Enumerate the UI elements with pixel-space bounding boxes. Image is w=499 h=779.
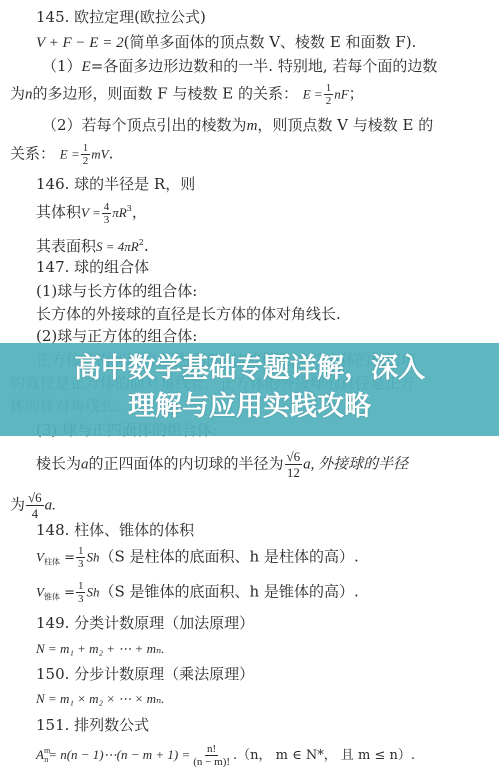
euler-formula: V + F − E = 2: [36, 35, 124, 51]
sphere-cuboid-text: 长方体的外接球的直径是长方体的体对角线长.: [36, 305, 341, 323]
prism-volume-line: V柱体 =13Sh（S 是柱体的底面积、h 是柱体的高）.: [36, 545, 359, 572]
euler-formula-note: (简单多面体的顶点数 V、棱数 E 和面数 F).: [124, 33, 417, 51]
section-146-heading: 146. 球的半径是 R，则: [36, 175, 195, 193]
tetrahedron-radius-line: 棱长为a的正四面体的内切球的半径为√612a, 外接球的半径: [36, 449, 408, 480]
fraction: 13: [76, 545, 86, 570]
banner-title-line-1: 高中数学基础专题详解，深入: [0, 350, 499, 388]
fraction: √64: [26, 490, 44, 521]
tetrahedron-radius-line-continued: 为√64a.: [10, 490, 56, 521]
euler-formula-line: V + F − E = 2(简单多面体的顶点数 V、棱数 E 和面数 F).: [36, 33, 416, 52]
euler-item-2: （2）若每个顶点引出的棱数为m，则顶点数 V 与棱数 E 的: [42, 116, 433, 135]
fraction: 12: [324, 82, 334, 107]
sphere-volume-line: 其体积V =43πR3，: [36, 200, 147, 226]
fraction: √612: [285, 449, 303, 480]
section-148-heading: 148. 柱体、锥体的体积: [36, 521, 194, 539]
permutation-formula-line: Amn= n(n − 1)⋯(n − m + 1) =n!(n − m)!.（n…: [36, 742, 415, 769]
fraction: 13: [76, 580, 86, 605]
banner-title: 高中数学基础专题详解，深入 理解与应用实践攻略: [0, 350, 499, 426]
fraction: 12: [81, 142, 91, 167]
section-149-heading: 149. 分类计数原理（加法原理）: [36, 614, 254, 632]
euler-item-1: （1）E=各面多边形边数和的一半. 特别地, 若每个面的边数: [42, 57, 437, 76]
banner-title-line-2: 理解与应用实践攻略: [0, 388, 499, 426]
addition-principle-formula: N = m₁ + m₂ + ⋯ + mₙ.: [36, 640, 164, 658]
multiplication-principle-formula: N = m₁ × m₂ × ⋯ × mₙ.: [36, 690, 164, 708]
fraction: 43: [102, 201, 112, 226]
section-151-heading: 151. 排列数公式: [36, 716, 149, 734]
cone-volume-line: V锥体 =13Sh（S 是锥体的底面积、h 是锥体的高）.: [36, 580, 359, 607]
section-145-heading: 145. 欧拉定理(欧拉公式): [36, 8, 206, 26]
section-147-heading: 147. 球的组合体: [36, 258, 149, 276]
section-150-heading: 150. 分步计数原理（乘法原理）: [36, 665, 254, 683]
fraction: n!(n − m)!: [191, 743, 232, 768]
sphere-cuboid-subheading: (1)球与长方体的组合体:: [36, 282, 197, 300]
euler-item-1-continued: 为n的多边形，则面数 F 与棱数 E 的关系： E =12nF；: [10, 82, 364, 107]
sphere-surface-line: 其表面积S = 4πR2.: [36, 234, 149, 256]
euler-item-2-continued: 关系： E =12mV.: [10, 142, 113, 167]
